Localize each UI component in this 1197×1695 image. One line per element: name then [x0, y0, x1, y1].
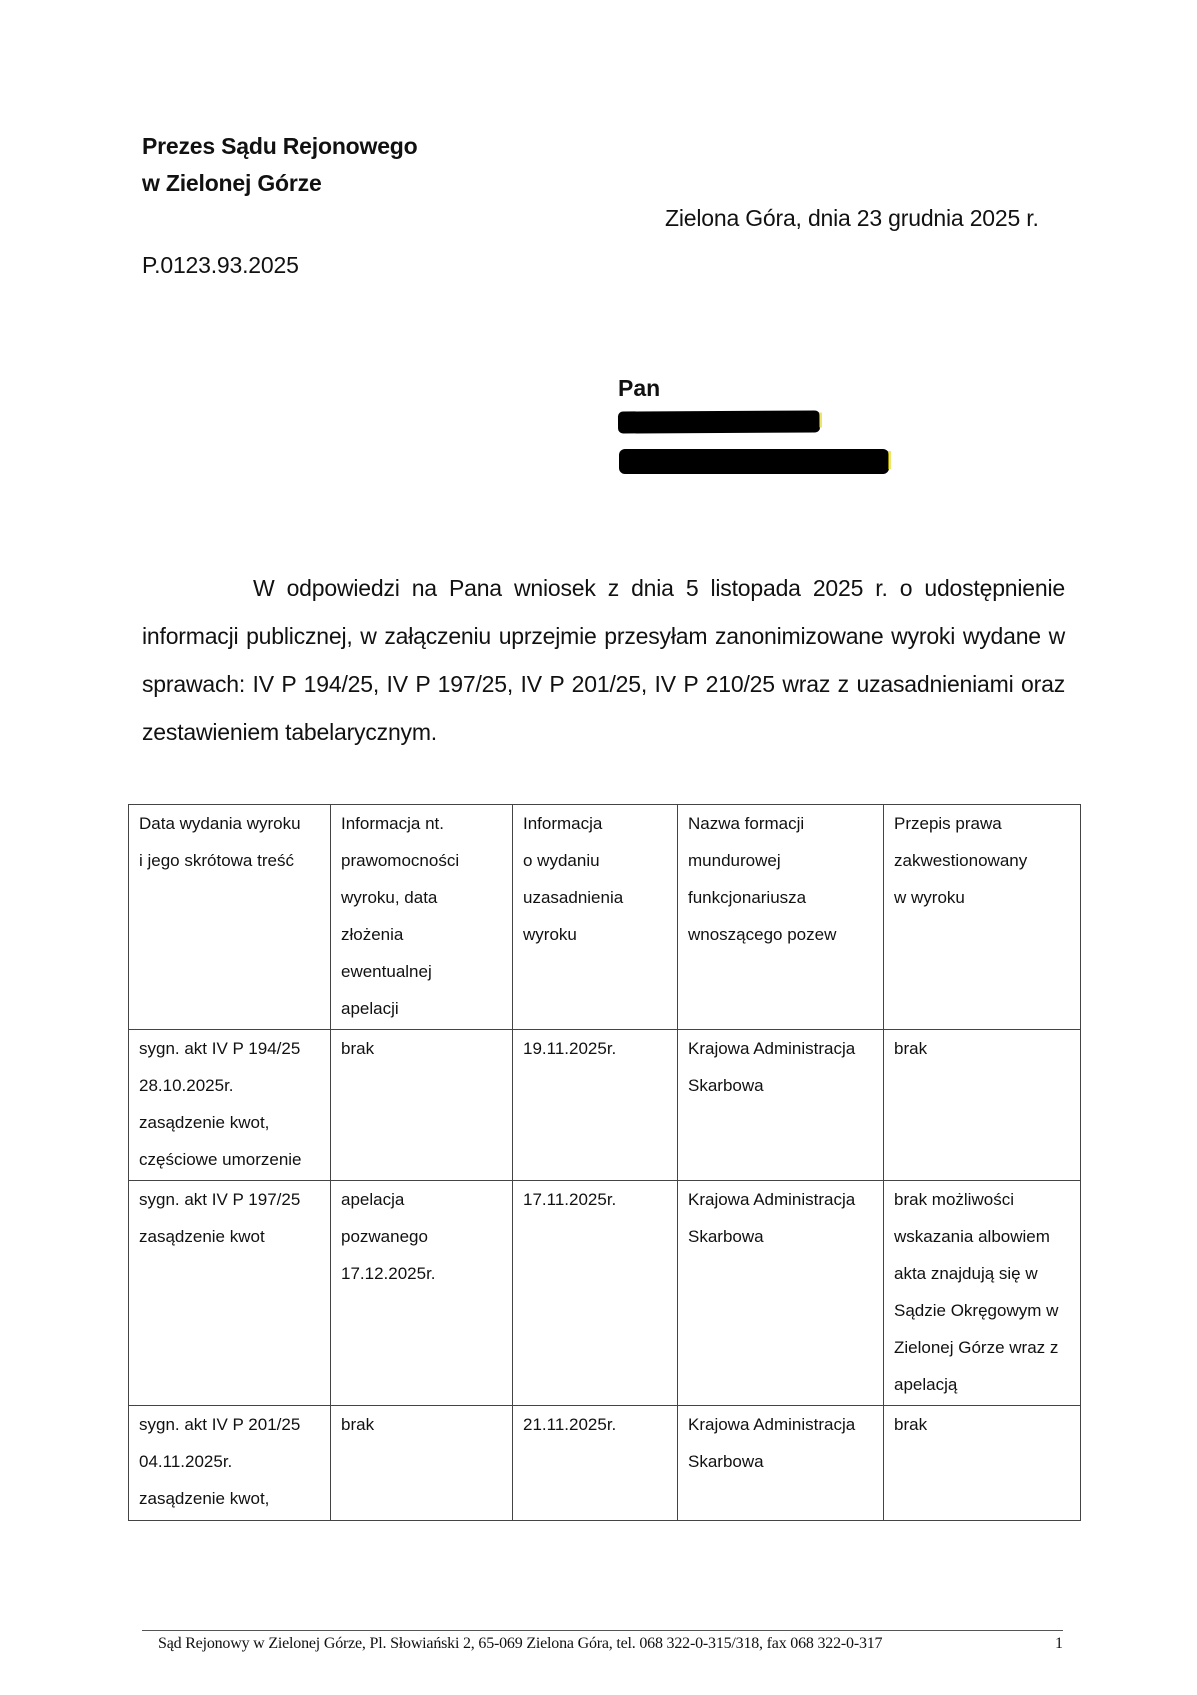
sender-block: Prezes Sądu Rejonowego w Zielonej Górze: [142, 128, 418, 202]
place-and-date: Zielona Góra, dnia 23 grudnia 2025 r.: [665, 203, 1039, 233]
table-cell: brak: [331, 1030, 513, 1181]
table-cell: brak: [884, 1406, 1081, 1521]
table-cell: 19.11.2025r.: [513, 1030, 678, 1181]
cell-text-line: mundurowej: [688, 842, 873, 879]
table-cell: apelacjapozwanego17.12.2025r.: [331, 1181, 513, 1406]
footer-address: Sąd Rejonowy w Zielonej Górze, Pl. Słowi…: [158, 1634, 882, 1654]
table-cell: sygn. akt IV P 197/25zasądzenie kwot: [129, 1181, 331, 1406]
table-header-cell: Informacja nt.prawomocnościwyroku, dataz…: [331, 805, 513, 1030]
cell-text-line: Skarbowa: [688, 1067, 873, 1104]
page-number: 1: [1055, 1634, 1063, 1654]
cell-text-line: Krajowa Administracja: [688, 1181, 873, 1218]
cell-text-line: wnoszącego pozew: [688, 916, 873, 953]
cell-text-line: Sądzie Okręgowym w: [894, 1292, 1070, 1329]
cell-text-line: wyroku: [523, 916, 667, 953]
table-cell: brak: [884, 1030, 1081, 1181]
redacted-recipient-name: [618, 410, 820, 433]
cell-text-line: zasądzenie kwot: [139, 1218, 320, 1255]
table-cell: sygn. akt IV P 194/2528.10.2025r.zasądze…: [129, 1030, 331, 1181]
cell-text-line: Przepis prawa: [894, 805, 1070, 842]
body-paragraph: W odpowiedzi na Pana wniosek z dnia 5 li…: [142, 564, 1065, 756]
cell-text-line: uzasadnienia: [523, 879, 667, 916]
table-cell: Krajowa AdministracjaSkarbowa: [678, 1181, 884, 1406]
cell-text-line: prawomocności: [341, 842, 502, 879]
sender-line-2: w Zielonej Górze: [142, 165, 418, 202]
cell-text-line: Data wydania wyroku: [139, 805, 320, 842]
cell-text-line: sygn. akt IV P 197/25: [139, 1181, 320, 1218]
cell-text-line: zakwestionowany: [894, 842, 1070, 879]
judgments-summary-table: Data wydania wyrokui jego skrótowa treść…: [128, 804, 1081, 1521]
table-row: sygn. akt IV P 201/2504.11.2025r.zasądze…: [129, 1406, 1081, 1521]
cell-text-line: brak: [341, 1406, 502, 1443]
cell-text-line: Skarbowa: [688, 1218, 873, 1255]
cell-text-line: w wyroku: [894, 879, 1070, 916]
cell-text-line: brak: [341, 1030, 502, 1067]
footer-divider: [142, 1630, 1063, 1631]
sender-line-1: Prezes Sądu Rejonowego: [142, 128, 418, 165]
cell-text-line: wyroku, data: [341, 879, 502, 916]
table-header-cell: Nazwa formacjimundurowejfunkcjonariuszaw…: [678, 805, 884, 1030]
table-cell: Krajowa AdministracjaSkarbowa: [678, 1406, 884, 1521]
cell-text-line: Informacja nt.: [341, 805, 502, 842]
table-header-row: Data wydania wyrokui jego skrótowa treść…: [129, 805, 1081, 1030]
reference-number: P.0123.93.2025: [142, 250, 299, 280]
cell-text-line: zasądzenie kwot,: [139, 1480, 320, 1517]
cell-text-line: pozwanego: [341, 1218, 502, 1255]
table-cell: brak możliwościwskazania albowiemakta zn…: [884, 1181, 1081, 1406]
cell-text-line: zasądzenie kwot,: [139, 1104, 320, 1141]
cell-text-line: apelacji: [341, 990, 502, 1027]
cell-text-line: Informacja: [523, 805, 667, 842]
cell-text-line: 17.11.2025r.: [523, 1181, 667, 1218]
cell-text-line: 04.11.2025r.: [139, 1443, 320, 1480]
table-row: sygn. akt IV P 197/25zasądzenie kwotapel…: [129, 1181, 1081, 1406]
cell-text-line: Krajowa Administracja: [688, 1030, 873, 1067]
cell-text-line: wskazania albowiem: [894, 1218, 1070, 1255]
cell-text-line: brak: [894, 1406, 1070, 1443]
cell-text-line: funkcjonariusza: [688, 879, 873, 916]
cell-text-line: i jego skrótowa treść: [139, 842, 320, 879]
cell-text-line: Nazwa formacji: [688, 805, 873, 842]
cell-text-line: 21.11.2025r.: [523, 1406, 667, 1443]
cell-text-line: Skarbowa: [688, 1443, 873, 1480]
cell-text-line: 28.10.2025r.: [139, 1067, 320, 1104]
cell-text-line: sygn. akt IV P 201/25: [139, 1406, 320, 1443]
cell-text-line: sygn. akt IV P 194/25: [139, 1030, 320, 1067]
cell-text-line: 17.12.2025r.: [341, 1255, 502, 1292]
cell-text-line: Krajowa Administracja: [688, 1406, 873, 1443]
cell-text-line: apelacją: [894, 1366, 1070, 1403]
table-cell: 21.11.2025r.: [513, 1406, 678, 1521]
cell-text-line: o wydaniu: [523, 842, 667, 879]
cell-text-line: 19.11.2025r.: [523, 1030, 667, 1067]
recipient-salutation: Pan: [618, 373, 660, 403]
table-row: sygn. akt IV P 194/2528.10.2025r.zasądze…: [129, 1030, 1081, 1181]
cell-text-line: złożenia: [341, 916, 502, 953]
table-header-cell: Informacjao wydaniuuzasadnieniawyroku: [513, 805, 678, 1030]
cell-text-line: częściowe umorzenie: [139, 1141, 320, 1178]
cell-text-line: brak możliwości: [894, 1181, 1070, 1218]
cell-text-line: apelacja: [341, 1181, 502, 1218]
cell-text-line: ewentualnej: [341, 953, 502, 990]
cell-text-line: Zielonej Górze wraz z: [894, 1329, 1070, 1366]
table-header-cell: Data wydania wyrokui jego skrótowa treść: [129, 805, 331, 1030]
table-header-cell: Przepis prawazakwestionowanyw wyroku: [884, 805, 1081, 1030]
table-cell: 17.11.2025r.: [513, 1181, 678, 1406]
table-cell: Krajowa AdministracjaSkarbowa: [678, 1030, 884, 1181]
table-cell: sygn. akt IV P 201/2504.11.2025r.zasądze…: [129, 1406, 331, 1521]
table-cell: brak: [331, 1406, 513, 1521]
redacted-recipient-address: [619, 449, 889, 474]
cell-text-line: akta znajdują się w: [894, 1255, 1070, 1292]
cell-text-line: brak: [894, 1030, 1070, 1067]
